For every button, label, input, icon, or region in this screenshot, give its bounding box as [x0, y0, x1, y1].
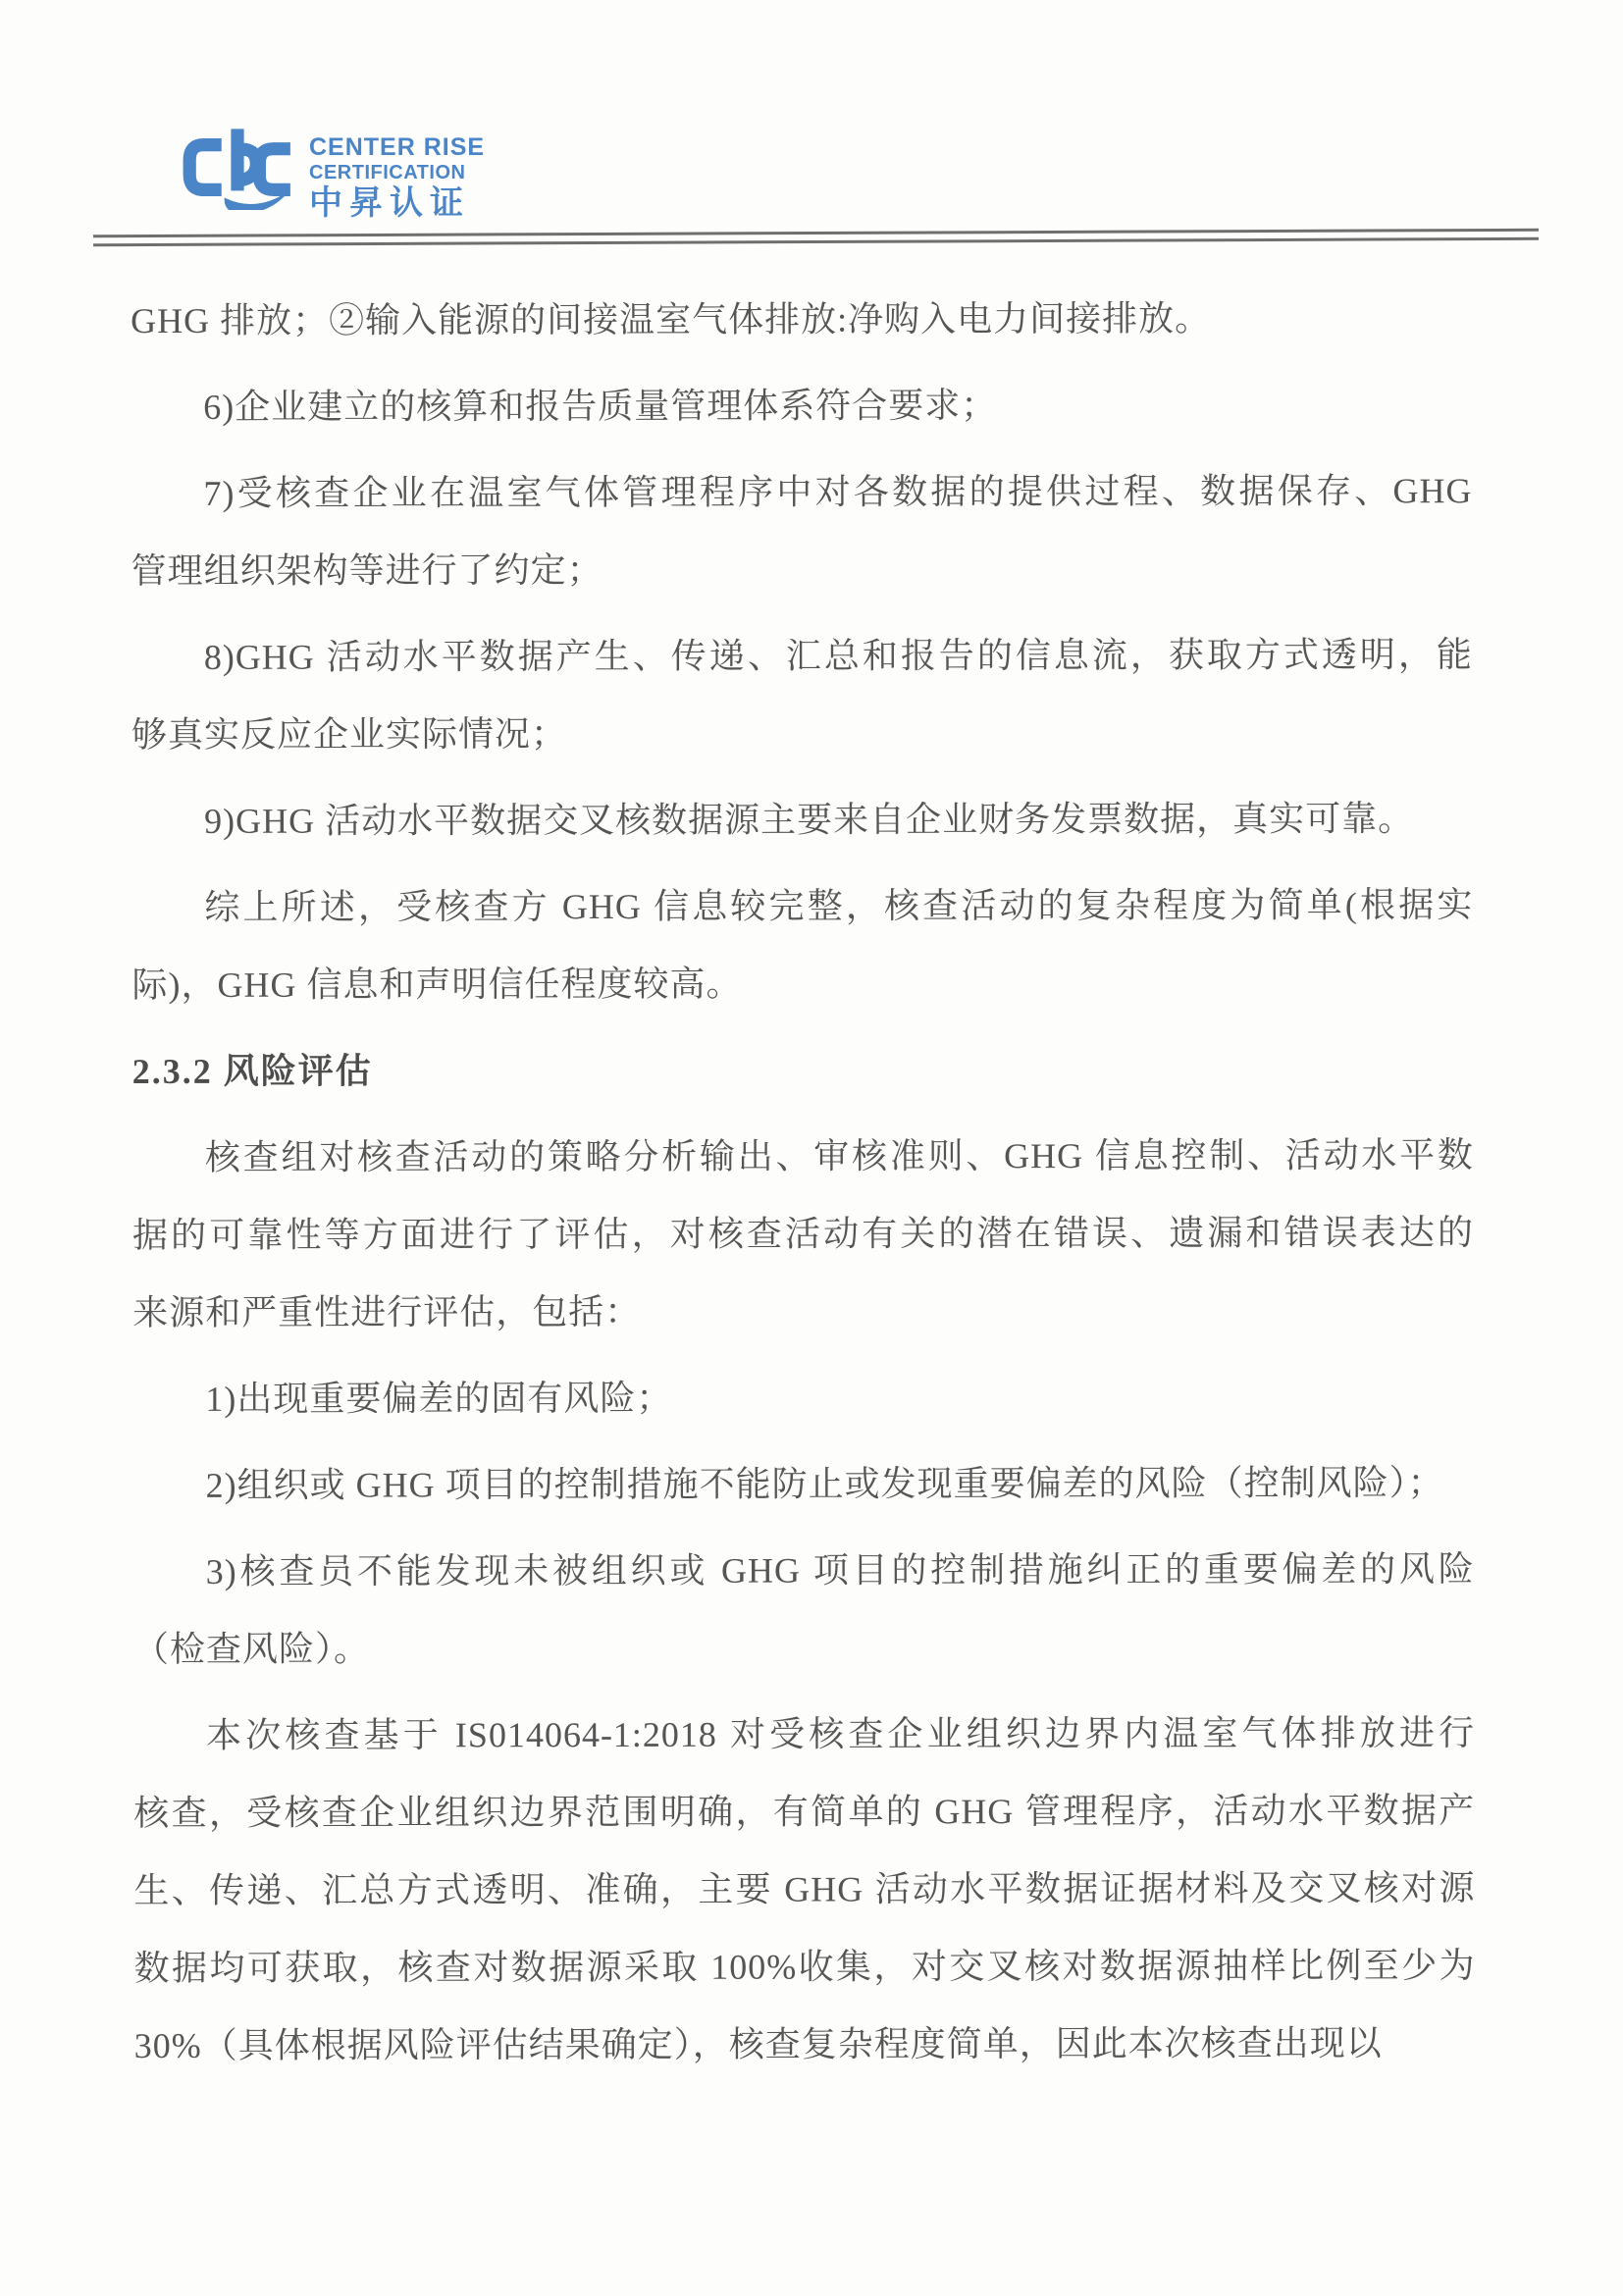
text-line: 7)受核查企业在温室气体管理程序中对各数据的提供过程、数据保存、GHG	[131, 452, 1472, 533]
text-line: 1)出现重要偏差的固有风险；	[132, 1358, 1474, 1438]
company-logo: CENTER RISE CERTIFICATION 中昇认证	[178, 124, 485, 221]
text-line: 够真实反应企业实际情况；	[131, 694, 1473, 774]
text-line: GHG 排放；②输入能源的间接温室气体排放:净购入电力间接排放。	[131, 280, 1472, 360]
document-body-text: GHG 排放；②输入能源的间接温室气体排放:净购入电力间接排放。6)企业建立的核…	[131, 280, 1476, 2085]
logo-text: CENTER RISE CERTIFICATION 中昇认证	[309, 124, 485, 221]
text-line: 生、传递、汇总方式透明、准确，主要 GHG 活动水平数据证据材料及交叉核对源	[133, 1850, 1475, 1930]
text-line: 9)GHG 活动水平数据交叉核数据源主要来自企业财务发票数据，真实可靠。	[131, 780, 1473, 861]
logo-name-cn: 中昇认证	[309, 187, 485, 221]
text-line: 3)核查员不能发现未被组织或 GHG 项目的控制措施纠正的重要偏差的风险	[133, 1531, 1475, 1611]
crc-logo-icon	[178, 124, 297, 210]
text-line: 数据均可获取，核查对数据源采取 100%收集，对交叉核对数据源抽样比例至少为	[134, 1927, 1476, 2008]
text-line: 据的可靠性等方面进行了评估，对核查活动有关的潜在错误、遗漏和错误表达的	[132, 1194, 1474, 1275]
text-line: 来源和严重性进行评估，包括：	[132, 1272, 1474, 1352]
text-line: 2)组织或 GHG 项目的控制措施不能防止或发现重要偏差的风险（控制风险）；	[132, 1444, 1474, 1525]
text-line: （检查风险）。	[133, 1608, 1475, 1689]
text-line: 本次核查基于 IS014064-1:2018 对受核查企业组织边界内温室气体排放…	[133, 1695, 1475, 1775]
text-line: 际)，GHG 信息和声明信任程度较高。	[131, 944, 1473, 1024]
header-divider	[93, 229, 1539, 246]
text-line: 核查组对核查活动的策略分析输出、审核准则、GHG 信息控制、活动水平数	[132, 1117, 1474, 1197]
text-line: 综上所述，受核查方 GHG 信息较完整，核查活动的复杂程度为简单(根据实	[131, 866, 1473, 947]
text-line: 管理组织架构等进行了约定；	[131, 530, 1473, 610]
text-line: 8)GHG 活动水平数据产生、传递、汇总和报告的信息流，获取方式透明，能	[131, 616, 1473, 697]
logo-name-en-line1: CENTER RISE	[309, 135, 485, 160]
text-line: 6)企业建立的核算和报告质量管理体系符合要求；	[131, 366, 1472, 446]
section-heading: 2.3.2 风险评估	[132, 1030, 1474, 1111]
text-line: 30%（具体根据风险评估结果确定），核查复杂程度简单，因此本次核查出现以	[134, 2005, 1476, 2085]
text-line: 核查，受核查企业组织边界范围明确，有简单的 GHG 管理程序，活动水平数据产	[133, 1772, 1475, 1852]
logo-name-en-line2: CERTIFICATION	[309, 163, 485, 183]
document-page: CENTER RISE CERTIFICATION 中昇认证 GHG 排放；②输…	[0, 0, 1623, 2296]
